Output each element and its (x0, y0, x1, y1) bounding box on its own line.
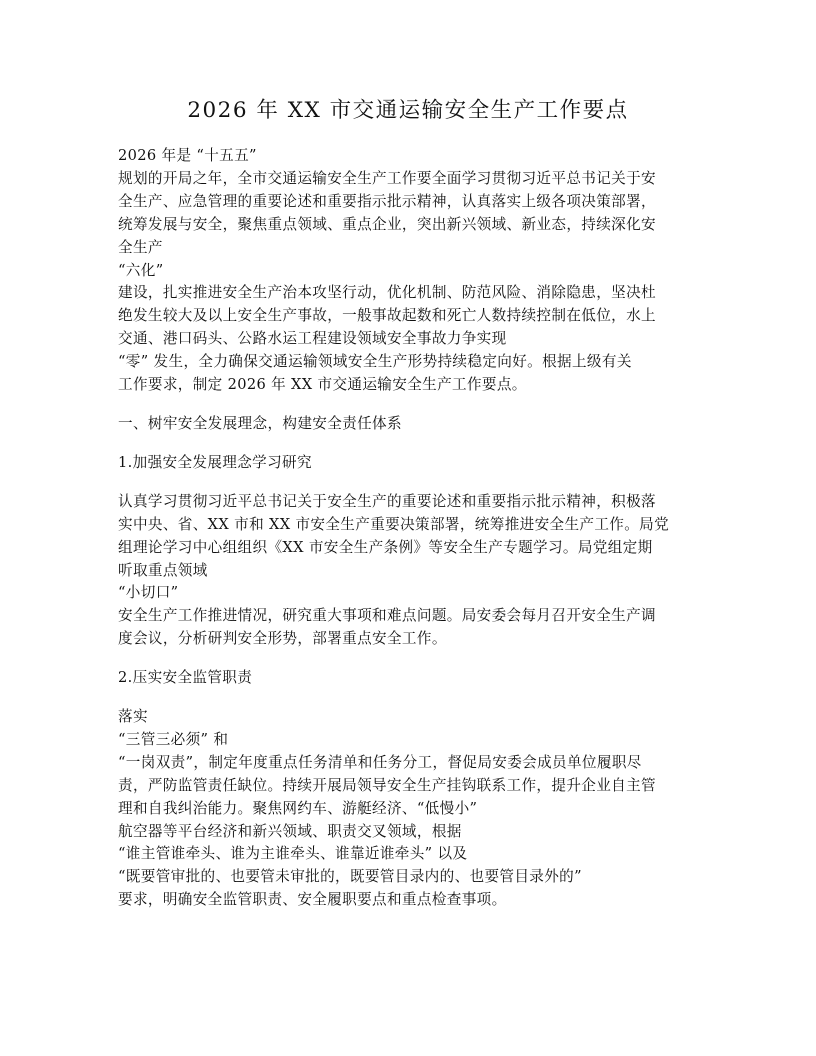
document-body: 2026 年是 “十五五” 规划的开局之年，全市交通运输安全生产工作要全面学习贯… (118, 145, 708, 912)
text-line: 全生产 (118, 237, 708, 260)
section-heading: 一、树牢安全发展理念，构建安全责任体系 (118, 413, 708, 436)
text-line: “既要管审批的、也要管未审批的，既要管目录内的、也要管目录外的” (118, 866, 708, 889)
paragraph-gap (118, 651, 708, 667)
text-line: 责，严防监管责任缺位。持续开展局领导安全生产挂钩联系工作，提升企业自主管 (118, 775, 708, 798)
text-line: 2026 年是 “十五五” (118, 145, 708, 168)
subsection-heading: 1.加强安全发展理念学习研究 (118, 452, 708, 475)
text-line: 交通、港口码头、公路水运工程建设领域安全事故力争实现 (118, 328, 708, 351)
text-line: 理和自我纠治能力。聚焦网约车、游艇经济、“低慢小” (118, 798, 708, 821)
text-line: 航空器等平台经济和新兴领域、职责交叉领域，根据 (118, 821, 708, 844)
text-line: “一岗双责”，制定年度重点任务清单和任务分工，督促局安委会成员单位履职尽 (118, 752, 708, 775)
text-line: 工作要求，制定 2026 年 XX 市交通运输安全生产工作要点。 (118, 374, 708, 397)
text-line: “零” 发生，全力确保交通运输领域安全生产形势持续稳定向好。根据上级有关 (118, 351, 708, 374)
paragraph-gap (118, 475, 708, 491)
document-page: 2026 年 XX 市交通运输安全生产工作要点 2026 年是 “十五五” 规划… (0, 0, 816, 1056)
text-line: 听取重点领域 (118, 560, 708, 583)
text-line: 安全生产工作推进情况，研究重大事项和难点问题。局安委会每月召开安全生产调 (118, 605, 708, 628)
text-line: 度会议，分析研判安全形势，部署重点安全工作。 (118, 628, 708, 651)
text-line: 建设，扎实推进安全生产治本攻坚行动，优化机制、防范风险、消除隐患，坚决杜 (118, 282, 708, 305)
text-line: 落实 (118, 706, 708, 729)
text-line: 绝发生较大及以上安全生产事故，一般事故起数和死亡人数持续控制在低位，水上 (118, 305, 708, 328)
text-line: 规划的开局之年，全市交通运输安全生产工作要全面学习贯彻习近平总书记关于安 (118, 168, 708, 191)
text-line: “谁主管谁牵头、谁为主谁牵头、谁靠近谁牵头” 以及 (118, 843, 708, 866)
subsection-heading: 2.压实安全监管职责 (118, 667, 708, 690)
text-line: “三管三必须” 和 (118, 729, 708, 752)
text-line: 全生产、应急管理的重要论述和重要指示批示精神，认真落实上级各项决策部署， (118, 191, 708, 214)
paragraph-gap (118, 436, 708, 452)
item-1-paragraph: 认真学习贯彻习近平总书记关于安全生产的重要论述和重要指示批示精神，积极落 实中央… (118, 491, 708, 651)
paragraph-gap (118, 690, 708, 706)
text-line: 实中央、省、XX 市和 XX 市安全生产重要决策部署，统筹推进安全生产工作。局党 (118, 514, 708, 537)
text-line: “小切口” (118, 582, 708, 605)
text-line: 统筹发展与安全，聚焦重点领域、重点企业，突出新兴领域、新业态，持续深化安 (118, 214, 708, 237)
document-title: 2026 年 XX 市交通运输安全生产工作要点 (0, 96, 816, 126)
text-line: 组理论学习中心组组织《XX 市安全生产条例》等安全生产专题学习。局党组定期 (118, 537, 708, 560)
paragraph-gap (118, 397, 708, 413)
text-line: 认真学习贯彻习近平总书记关于安全生产的重要论述和重要指示批示精神，积极落 (118, 491, 708, 514)
intro-paragraph: 2026 年是 “十五五” 规划的开局之年，全市交通运输安全生产工作要全面学习贯… (118, 145, 708, 397)
text-line: “六化” (118, 260, 708, 283)
item-2-paragraph: 落实 “三管三必须” 和 “一岗双责”，制定年度重点任务清单和任务分工，督促局安… (118, 706, 708, 912)
text-line: 要求，明确安全监管职责、安全履职要点和重点检查事项。 (118, 889, 708, 912)
